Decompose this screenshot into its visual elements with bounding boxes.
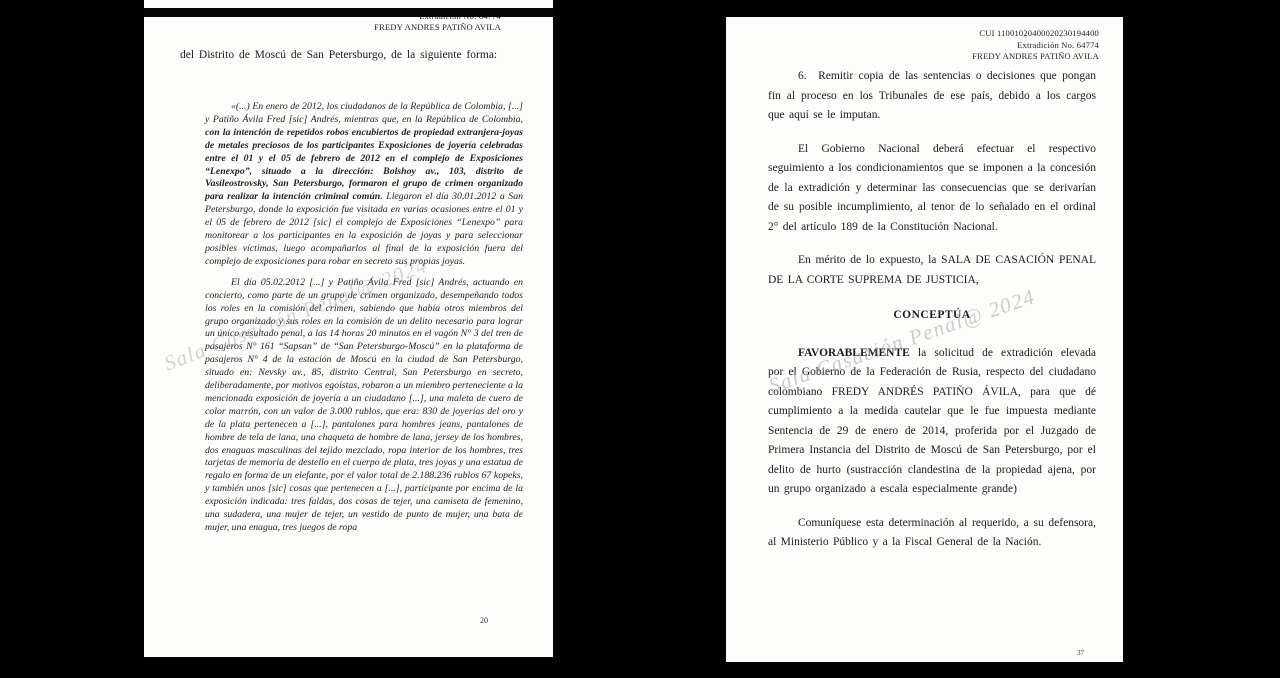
page-right: CUI 11001020400020230194400 Extradición … [726,17,1123,662]
document-viewer: Extradición No. 64774 FREDY ANDRES PATIÑ… [0,0,1280,678]
paragraph-merito: En mérito de lo expuesto, la SALA DE CAS… [768,251,1096,290]
page-right-body: 6. Remitir copia de las sentencias o dec… [768,67,1096,567]
paragraph-remitir: 6. Remitir copia de las sentencias o dec… [768,67,1096,126]
quote-paragraph-1: «(...) En enero de 2012, los ciudadanos … [205,101,523,269]
paragraph-favorablemente: FAVORABLEMENTE la solicitud de extradici… [768,344,1096,500]
favorablemente-bold: FAVORABLEMENTE [798,347,910,359]
paragraph-gobierno: El Gobierno Nacional deberá efectuar el … [768,140,1096,238]
page-number-left: 20 [480,616,488,625]
subject-name-line: FREDY ANDRES PATIÑO AVILA [374,22,501,33]
page-left-content: Extradición No. 64774 FREDY ANDRES PATIÑ… [144,0,553,657]
page-right-header: CUI 11001020400020230194400 Extradición … [972,28,1099,63]
case-number-line: Extradición No. 64774 [972,40,1099,52]
page-number-right: 37 [1077,649,1084,657]
scan-artifact-bar [144,8,553,17]
paragraph-comuniquese: Comuníquese esta determinación al requer… [768,514,1096,553]
quote-paragraph-2: El día 05.02.2012 [...] y Patiño Ávila F… [205,277,523,535]
page-right-content: CUI 11001020400020230194400 Extradición … [726,17,1123,662]
conceptua-heading: CONCEPTÚA [768,306,1096,326]
page-left: Extradición No. 64774 FREDY ANDRES PATIÑ… [144,0,553,657]
quote-p1-run-normal-2: . Llegaron el día 30.01.2012 a San Peter… [205,191,523,267]
subject-name-line: FREDY ANDRES PATIÑO AVILA [972,51,1099,63]
intro-paragraph: del Distrito de Moscú de San Petersburgo… [180,42,500,69]
favorablemente-rest: la solicitud de extradición elevada por … [768,347,1096,496]
cui-line: CUI 11001020400020230194400 [972,28,1099,40]
quoted-block: «(...) En enero de 2012, los ciudadanos … [205,101,523,535]
quote-p1-run-normal-1: «(...) En enero de 2012, los ciudadanos … [205,101,523,125]
